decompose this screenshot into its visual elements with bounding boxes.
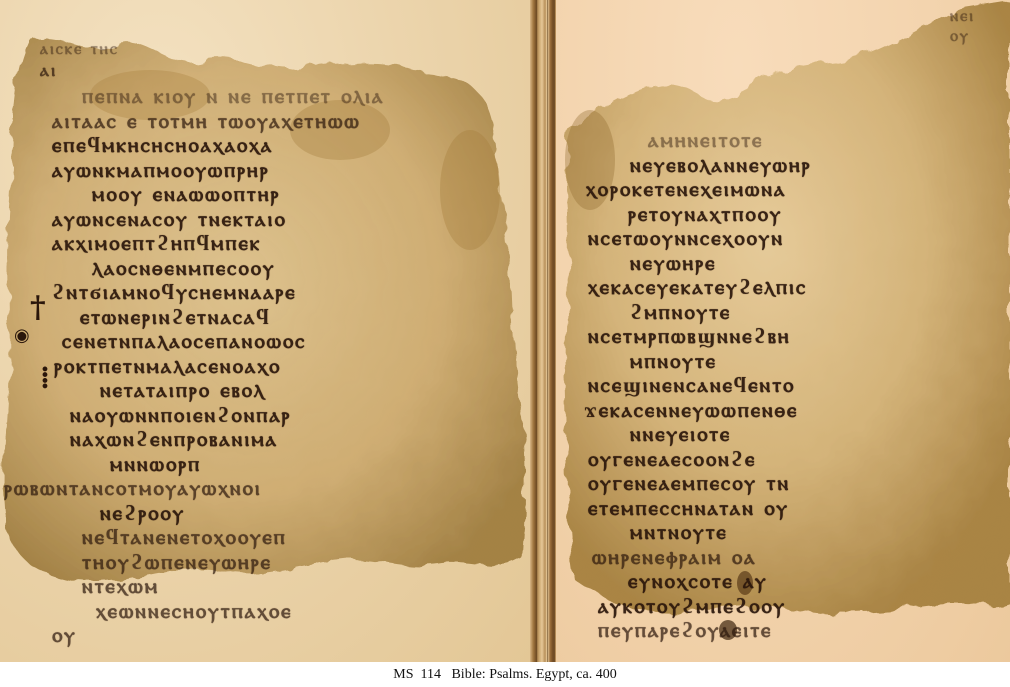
caption-shelfmark: MS 114	[393, 667, 441, 682]
book-gutter	[530, 0, 556, 662]
manuscript-photo: ⲁⲓⲥⲕⲉ ⲧⲏⲥ ⲁⲓ ⲡⲉⲡⲛⲁ ⲕⲓⲟⲩ ⲛ ⲛⲉ ⲡⲉⲧⲡⲉⲧ ⲟⲗⲓⲁ…	[0, 0, 1010, 662]
margin-diple-mark: ◉	[14, 325, 30, 346]
right-page-text: ⲁⲙⲏⲛⲉⲓⲧⲟⲧⲉ ⲛⲉⲩⲉⲃⲟⲗⲁⲛⲛⲉⲩⲱⲏⲣ ⲭⲟⲣⲟⲕⲉⲧⲉⲛⲉⲭⲉⲓ…	[588, 128, 812, 643]
caption-description: Bible: Psalms. Egypt, ca. 400	[451, 667, 616, 682]
right-page-top-fragment: ⲛⲉⲓ ⲟⲩ	[950, 6, 975, 46]
image-caption: MS 114 Bible: Psalms. Egypt, ca. 400	[0, 662, 1010, 687]
margin-stroke-mark: ⁞	[40, 360, 50, 395]
left-page-text: ⲡⲉⲡⲛⲁ ⲕⲓⲟⲩ ⲛ ⲛⲉ ⲡⲉⲧⲡⲉⲧ ⲟⲗⲓⲁ ⲁⲓⲧⲁⲁⲥ ⲉ ⲧⲟⲧ…	[52, 84, 385, 648]
left-page-header: ⲁⲓⲥⲕⲉ ⲧⲏⲥ ⲁⲓ	[40, 38, 119, 82]
margin-cross-mark: †	[30, 290, 46, 325]
